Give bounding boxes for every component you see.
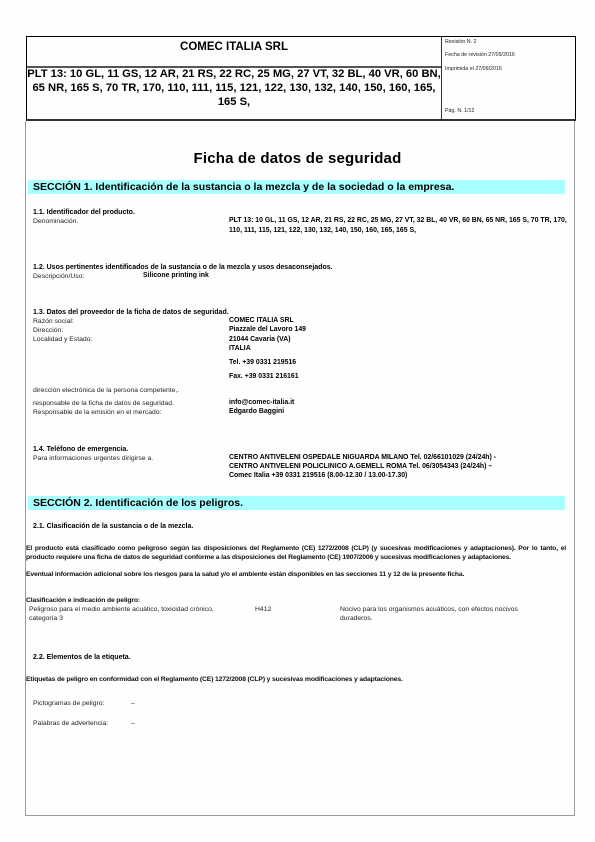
direccion-label: Dirección:: [33, 327, 63, 334]
hazard-code: H412: [255, 605, 271, 614]
razon-social-label: Razón social:: [33, 318, 74, 325]
denominacion-value: PLT 13: 10 GL, 11 GS, 12 AR, 21 RS, 22 R…: [229, 216, 569, 236]
header-meta: Revisión N. 2 Fecha de revisión 27/09/20…: [442, 37, 575, 119]
palabras-label: Palabras de advertencia:: [33, 719, 108, 728]
descripcion-label: Descripción/Uso:: [33, 273, 84, 280]
company-name: COMEC ITALIA SRL: [27, 37, 441, 68]
telephone-value: Tel. +39 0331 219516: [229, 358, 296, 368]
classification-note: Eventual información adicional sobre los…: [26, 571, 566, 580]
denominacion-label: Denominación.: [33, 218, 78, 225]
emergency-label: Para informaciones urgentes dirigirse a.: [33, 455, 153, 462]
emision-label: Responsable de la emisión en el mercado:: [33, 409, 161, 416]
print-date: Imprimida el 27/09/2016: [445, 66, 502, 72]
country-value: ITALIA: [229, 344, 251, 354]
descripcion-value: Silicone printing ink: [143, 271, 209, 281]
hazard-description: Nocivo para los organismos acuáticos, co…: [340, 605, 550, 623]
fax-value: Fax. +39 0331 216161: [229, 372, 299, 382]
product-name: PLT 13: 10 GL, 11 GS, 12 AR, 21 RS, 22 R…: [27, 67, 441, 109]
document-title: Ficha de datos de seguridad: [0, 150, 595, 167]
document-header: COMEC ITALIA SRL PLT 13: 10 GL, 11 GS, 1…: [26, 36, 576, 121]
hazard-class: Peligroso para el medio ambiente acuátic…: [29, 605, 229, 623]
subsection-2-1-title: 2.1. Clasificación de la sustancia o de …: [33, 523, 193, 530]
emergency-line-3: Comec Italia +39 0331 219516 (8.00-12.30…: [229, 471, 407, 481]
revision-number: Revisión N. 2: [445, 39, 477, 45]
emision-value: Edgardo Baggini: [229, 407, 284, 417]
subsection-1-2-title: 1.2. Usos pertinentes identificados de l…: [33, 264, 333, 271]
email-competent-label: dirección electrónica de la persona comp…: [33, 387, 179, 394]
label-intro: Etiquetas de peligro en conformidad con …: [26, 676, 403, 685]
header-left-cell: COMEC ITALIA SRL PLT 13: 10 GL, 11 GS, 1…: [27, 37, 442, 119]
revision-date: Fecha de revisión 27/09/2016: [445, 52, 515, 58]
pictogramas-label: Pictogramas de peligro:: [33, 699, 104, 708]
subsection-1-3-title: 1.3. Datos del proveedor de la ficha de …: [33, 309, 229, 316]
responsable-label: responsable de la ficha de datos de segu…: [33, 400, 174, 407]
localidad-label: Localidad y Estado:: [33, 336, 92, 343]
palabras-value: –: [131, 719, 135, 728]
subsection-1-1-title: 1.1. Identificador del producto.: [33, 209, 135, 216]
pictogramas-value: –: [131, 699, 135, 708]
section-2-heading: SECCIÓN 2. Identificación de los peligro…: [28, 496, 565, 510]
page-number: Pág. N. 1/12: [445, 108, 474, 114]
section-1-heading: SECCIÓN 1. Identificación de la sustanci…: [28, 180, 565, 194]
direccion-value: Piazzale del Lavoro 149: [229, 325, 306, 335]
subsection-1-4-title: 1.4. Teléfono de emergencia.: [33, 446, 128, 453]
classification-paragraph: El producto está clasificado como peligr…: [26, 545, 566, 563]
subsection-2-2-title: 2.2. Elementos de la etiqueta.: [33, 654, 131, 661]
